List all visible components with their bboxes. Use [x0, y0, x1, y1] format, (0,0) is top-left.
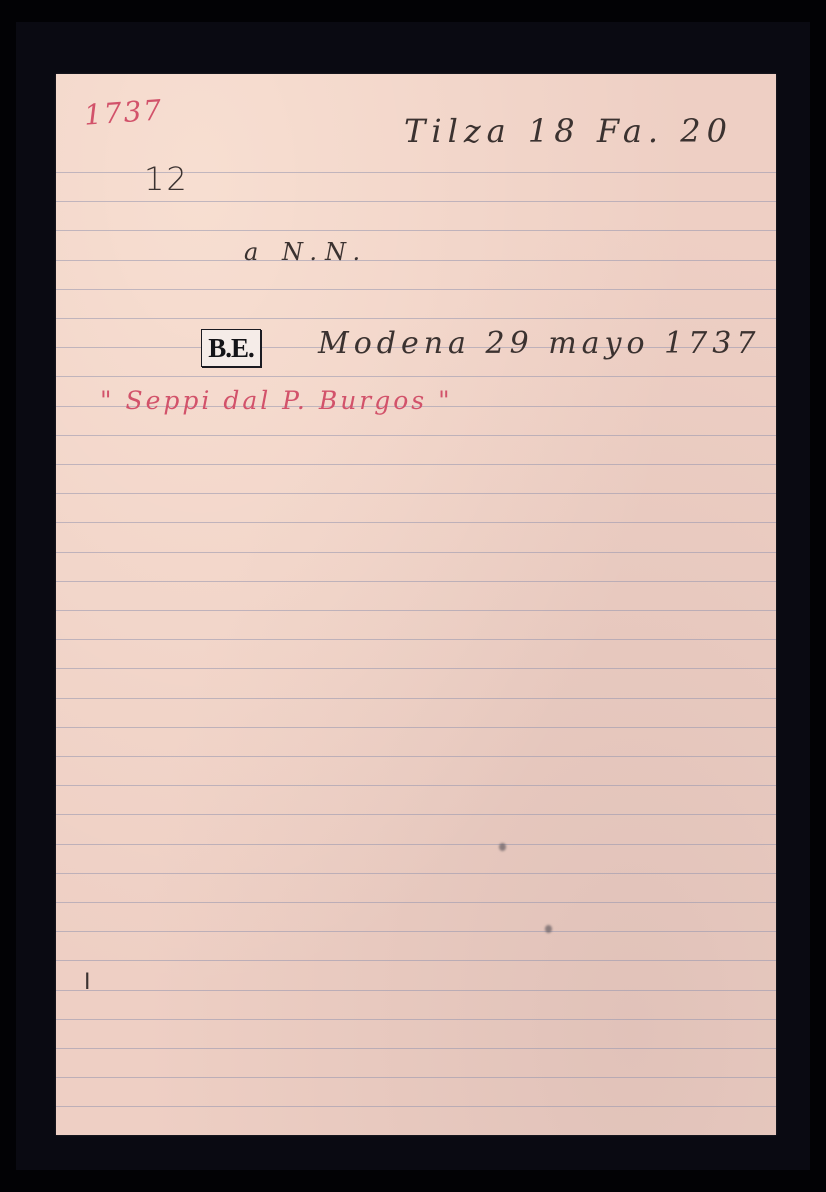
ruled-line	[56, 1077, 776, 1078]
ruled-line	[56, 668, 776, 669]
heading-right: Tilza 18 Fa. 20	[404, 112, 733, 150]
ruled-line	[56, 698, 776, 699]
ruled-line	[56, 435, 776, 436]
ruled-line	[56, 844, 776, 845]
ruled-line	[56, 493, 776, 494]
ruled-line	[56, 289, 776, 290]
ruled-line	[56, 201, 776, 202]
ruled-line	[56, 260, 776, 261]
ruled-line	[56, 552, 776, 553]
ruled-line	[56, 639, 776, 640]
ruled-line	[56, 1106, 776, 1107]
place-date-line: Modena 29 mayo 1737	[318, 326, 760, 361]
ruled-line	[56, 727, 776, 728]
ruled-line	[56, 902, 776, 903]
ruled-line	[56, 318, 776, 319]
ruled-line	[56, 464, 776, 465]
ruled-line	[56, 376, 776, 377]
ruled-line	[56, 990, 776, 991]
ruled-line	[56, 1048, 776, 1049]
be-stamp: B.E.	[201, 329, 261, 367]
ruled-line	[56, 931, 776, 932]
ruled-line	[56, 960, 776, 961]
ruled-line	[56, 522, 776, 523]
footer-mark: I	[84, 970, 93, 995]
ruled-line	[56, 873, 776, 874]
ruled-line	[56, 230, 776, 231]
recipient-line: a N.N.	[244, 238, 368, 266]
ruled-line	[56, 581, 776, 582]
ruled-line	[56, 610, 776, 611]
year-annotation-red: 1737	[83, 93, 164, 131]
item-number: 12	[144, 160, 189, 198]
ruled-line	[56, 1019, 776, 1020]
ruled-line	[56, 814, 776, 815]
ink-spot	[545, 925, 552, 933]
paper-sheet: 1737 12 Tilza 18 Fa. 20 a N.N. B.E. Mode…	[56, 74, 776, 1135]
ink-spot	[499, 843, 506, 851]
red-quote-line: " Seppi dal P. Burgos "	[100, 386, 453, 415]
ruled-line	[56, 785, 776, 786]
ruled-line	[56, 756, 776, 757]
